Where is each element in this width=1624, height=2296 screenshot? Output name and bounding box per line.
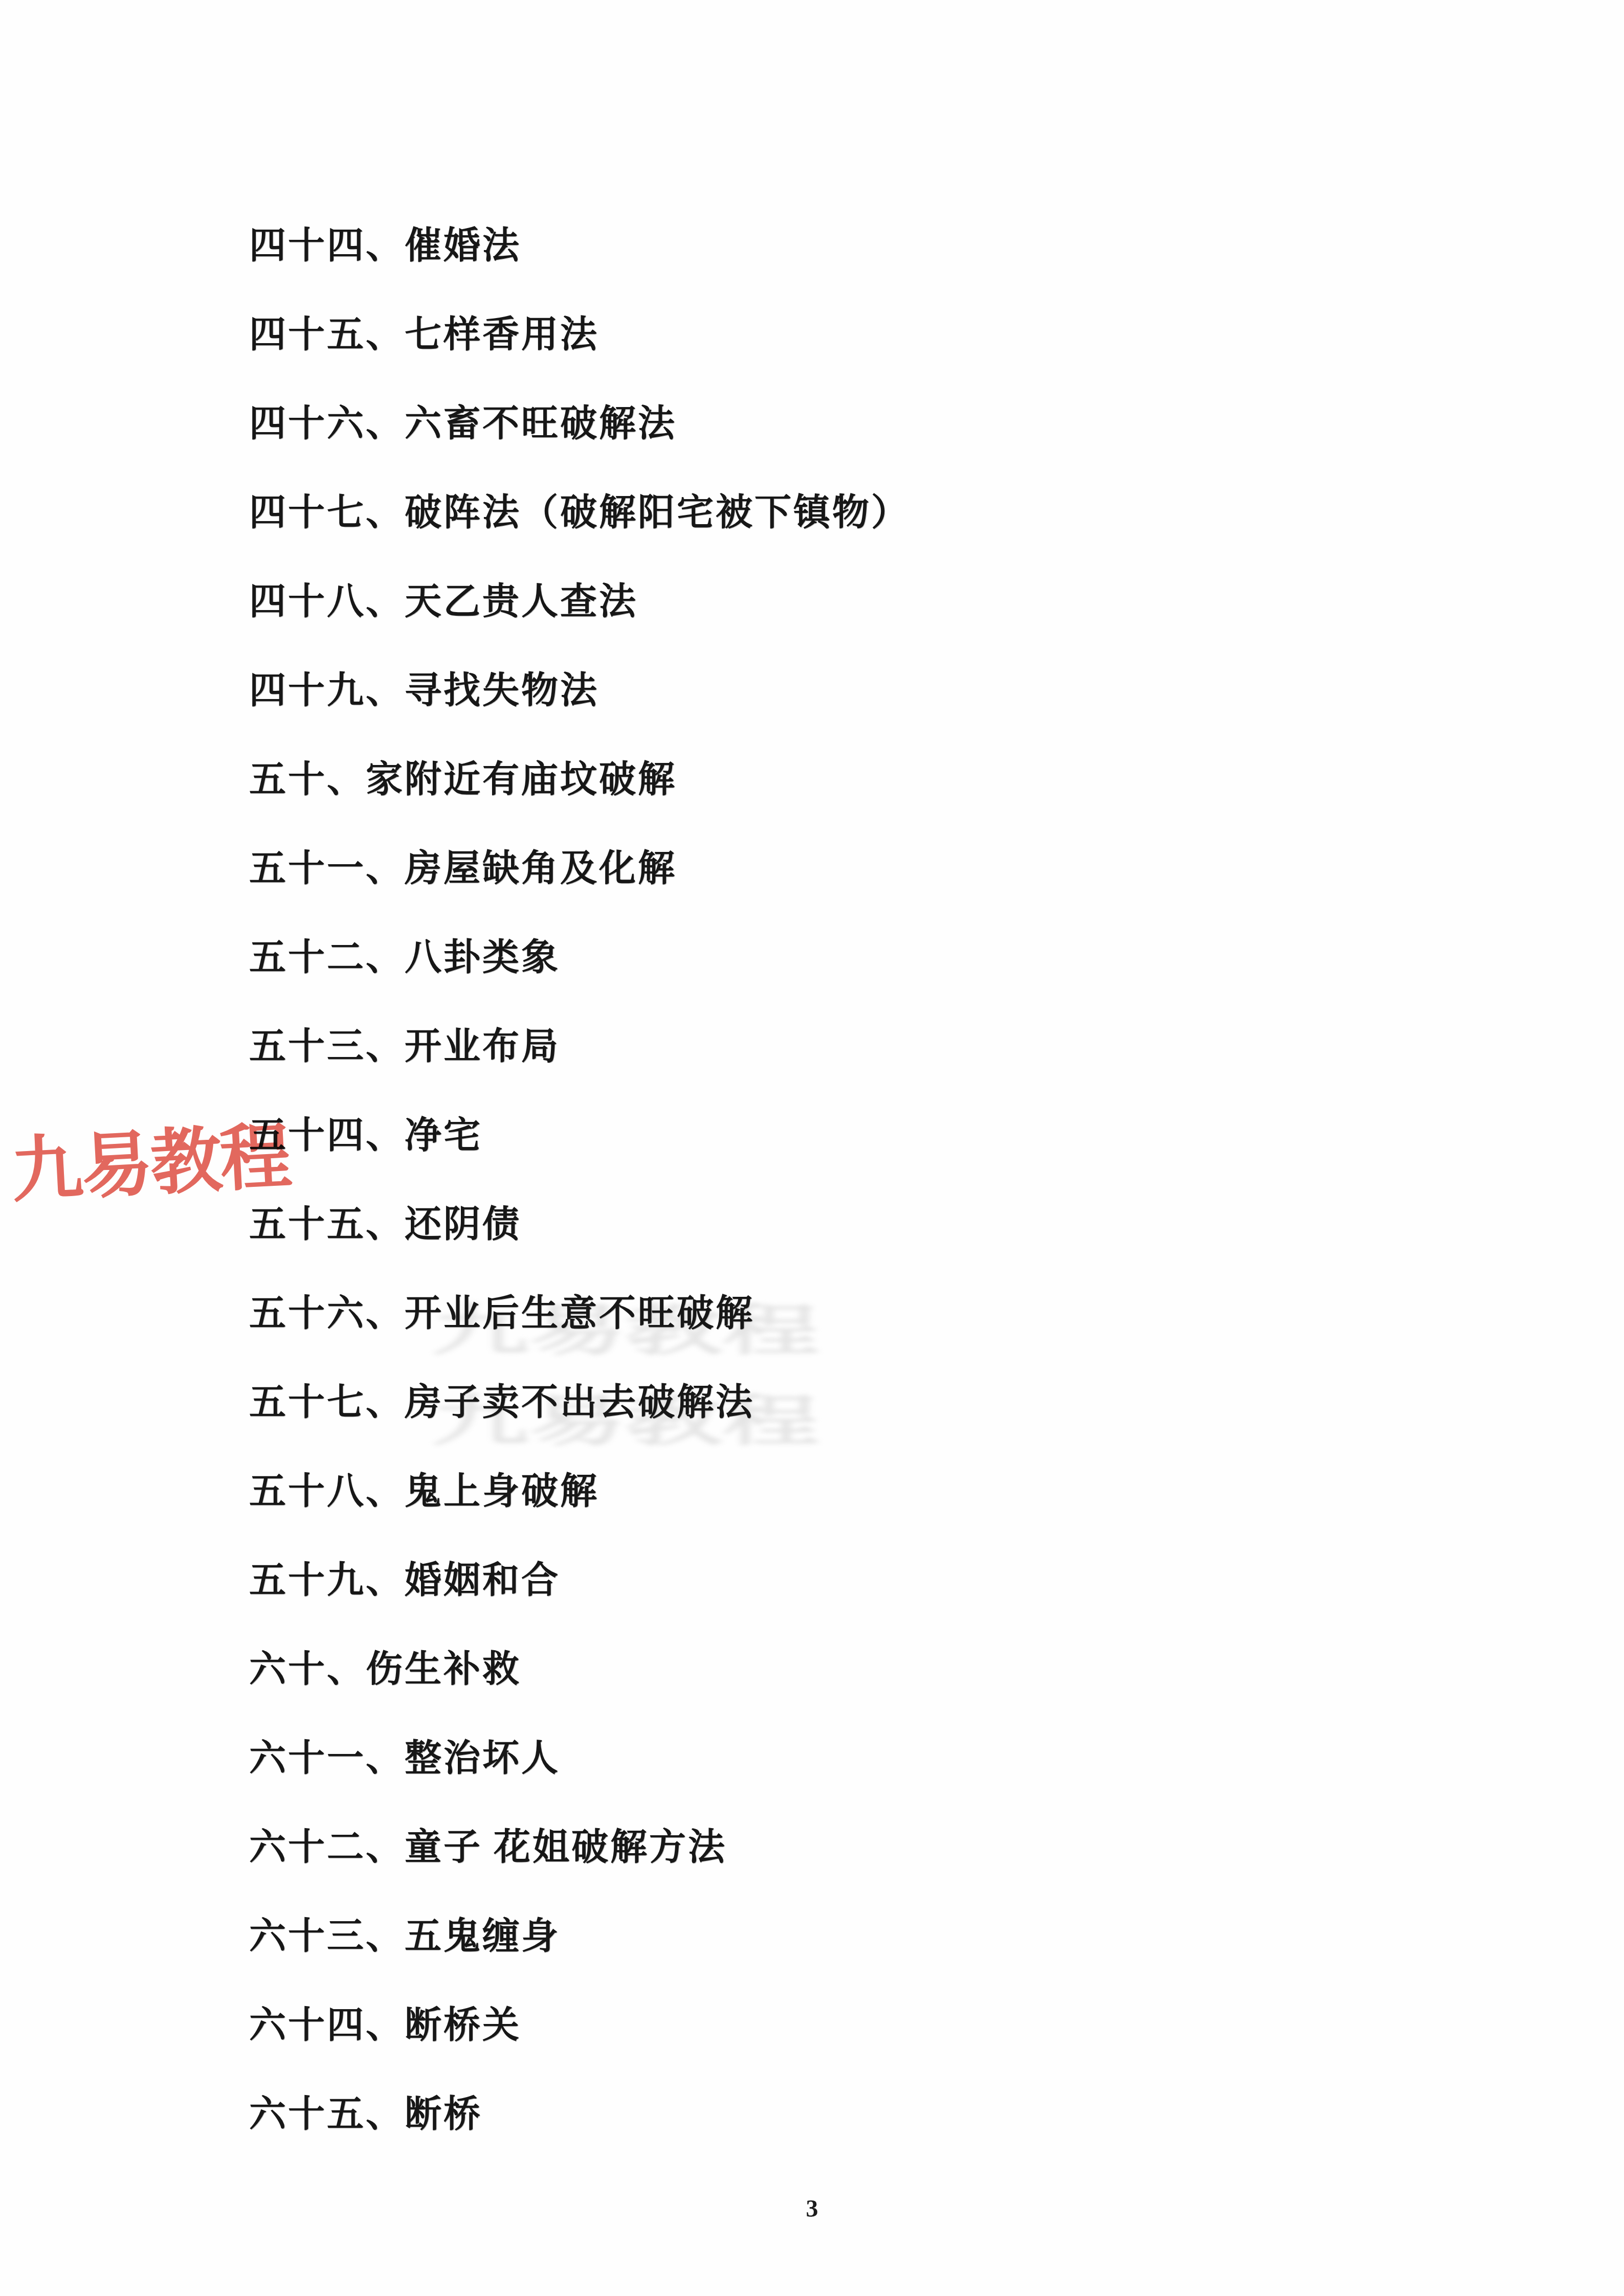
toc-item: 五十一、房屋缺角及化解 bbox=[249, 848, 910, 937]
toc-item: 六十四、断桥关 bbox=[249, 2005, 910, 2094]
toc-item: 四十九、寻找失物法 bbox=[249, 670, 910, 759]
toc-item: 五十五、还阴债 bbox=[249, 1204, 910, 1293]
toc-list: 四十四、催婚法四十五、七样香用法四十六、六畜不旺破解法四十七、破阵法（破解阳宅被… bbox=[249, 225, 910, 2182]
toc-item: 六十、伤生补救 bbox=[249, 1649, 910, 1738]
toc-item: 六十一、整治坏人 bbox=[249, 1738, 910, 1827]
toc-item: 五十二、八卦类象 bbox=[249, 937, 910, 1026]
toc-item: 四十八、天乙贵人查法 bbox=[249, 581, 910, 670]
toc-item: 五十三、开业布局 bbox=[249, 1026, 910, 1115]
toc-item: 五十六、开业后生意不旺破解 bbox=[249, 1293, 910, 1382]
toc-item: 四十七、破阵法（破解阳宅被下镇物） bbox=[249, 492, 910, 581]
toc-item: 五十九、婚姻和合 bbox=[249, 1560, 910, 1649]
scanned-document-page: 九易教程 九易教程 四十四、催婚法四十五、七样香用法四十六、六畜不旺破解法四十七… bbox=[0, 0, 1624, 2296]
toc-item: 四十四、催婚法 bbox=[249, 225, 910, 314]
toc-item: 四十五、七样香用法 bbox=[249, 314, 910, 403]
toc-item: 六十五、断桥 bbox=[249, 2094, 910, 2182]
toc-item: 五十四、净宅 bbox=[249, 1115, 910, 1204]
toc-item: 五十、家附近有庙坟破解 bbox=[249, 759, 910, 848]
toc-item: 六十二、童子 花姐破解方法 bbox=[249, 1827, 910, 1916]
watermark-text: 九易教程 bbox=[9, 1099, 292, 1217]
page-number: 3 bbox=[0, 2195, 1624, 2223]
toc-item: 四十六、六畜不旺破解法 bbox=[249, 403, 910, 492]
toc-item: 六十三、五鬼缠身 bbox=[249, 1916, 910, 2005]
toc-item: 五十七、房子卖不出去破解法 bbox=[249, 1382, 910, 1471]
toc-item: 五十八、鬼上身破解 bbox=[249, 1471, 910, 1560]
